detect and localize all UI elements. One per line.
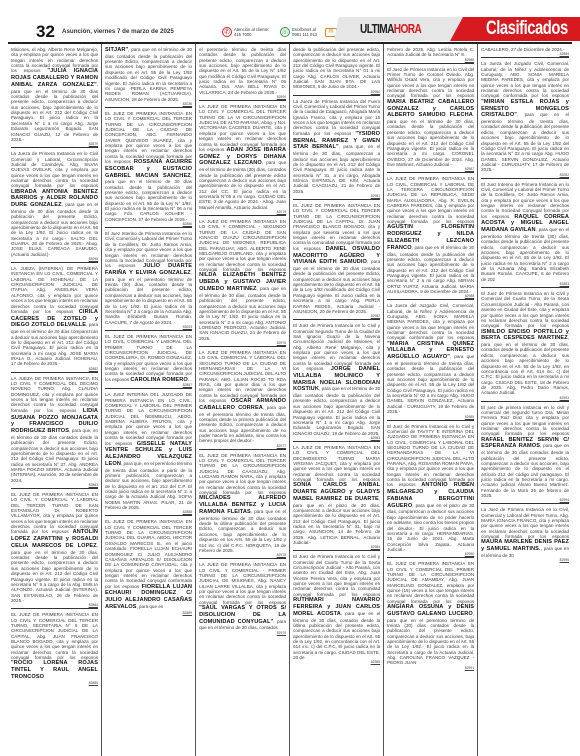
legal-notice: LA JUEZ INTERINA DEL JUZGADO DE PRIMERA … <box>105 389 192 516</box>
notice-code: 82890 <box>199 95 286 99</box>
brand-banner: ULTIMAHORA Clasificados <box>320 17 580 41</box>
notice-body-continued: , para que en el término de treinta (30)… <box>199 160 286 209</box>
notice-body-continued: , para que en el término de 30 días cont… <box>11 82 98 142</box>
legal-notice: CABALLERO, 27 de Diciembre de 2024.-8288… <box>481 44 569 58</box>
spouses-names: CAROLINA ROMERO <box>130 377 188 383</box>
notice-text: CABALLERO, 27 de Diciembre de 2024.- <box>481 47 569 52</box>
notice-body: El juez de primera instancia en lo civil… <box>481 405 569 437</box>
notice-text: EL JUEZ DE PRIMERA INSTANCIA EN LO CIVIL… <box>105 334 192 384</box>
notice-text: LA JUEZ DE PRIMERA INSTANCIA EN LO CIVIL… <box>199 219 286 341</box>
legal-notice: EL JUEZ DE PRIMERA INSTANCIA EN LO CIVIL… <box>199 450 286 560</box>
notice-code: 82982 <box>293 314 380 318</box>
column-1: Misiones, el Abg. Alberto Rene Melgarejo… <box>8 44 102 756</box>
legal-notice: LA JUEZ DE PRIMERA INSTANCIA EN LO CIVIL… <box>293 442 380 552</box>
notice-body-continued: , para que en el perentorio término de t… <box>481 112 569 172</box>
notice-code: 82981 <box>293 194 380 198</box>
legal-notice: El Juez de Primera Instancia en lo Civil… <box>293 320 380 442</box>
notice-code: 82991 <box>387 666 474 670</box>
notice-body: El Juez de Primera Instancia en lo Civil… <box>293 554 380 596</box>
notice-body: La Jueza de Primera Instancia en lo Civi… <box>11 151 98 188</box>
notice-body: La Jueza del Juzgado Civil, Comercial, L… <box>387 303 474 340</box>
notice-code: 82879 <box>11 142 98 146</box>
notice-body: EL JUEZ DE PRIMERA INSTANCIA EN LO CIVIL… <box>387 561 474 603</box>
column-3: el perentorio término de treinta días co… <box>196 44 290 756</box>
notice-code: 82884 <box>11 603 98 607</box>
notice-body: El Juez de Primera Instancia en lo Civil… <box>481 291 569 328</box>
customer-service-contact[interactable]: ✆ Atención al cliente:415 7000 <box>222 23 269 41</box>
notice-text: LA JUEZA DE PRIMERA INSTANCIA EN LO CIVI… <box>11 376 98 483</box>
notice-body-continued: , para que en el término de 30 días cont… <box>105 173 192 222</box>
notice-code: 82990 <box>387 552 474 556</box>
legal-notice: El Juez de Primera Instancia en lo Civil… <box>293 551 380 665</box>
notice-code: 82986 <box>387 58 474 62</box>
spouses-names: ISMILDO ENCISO PORTILLO y BERTA CESPEDES… <box>481 329 569 342</box>
notice-body-continued: , para que en el término de 30 días cont… <box>293 259 380 314</box>
notice-code: 82976 <box>199 341 286 345</box>
notice-text: desde la publicación del presente edicto… <box>293 47 380 90</box>
notice-code: 83082 <box>481 173 569 177</box>
notice-code: 82883 <box>11 483 98 487</box>
notice-code: 82993 <box>481 396 569 400</box>
page-number: 32 <box>36 22 55 42</box>
notice-text: El Juez de Primera Instancia en lo Civil… <box>387 424 474 553</box>
newspaper-logo: ULTIMAHORA <box>360 21 421 36</box>
publication-date: Asunción, viernes 7 de marzo de 2025 <box>62 28 174 35</box>
notice-body: La Juez de Primera Instancia en lo Civil… <box>481 507 569 539</box>
phone-icon: ✆ <box>222 27 232 37</box>
notice-body: EL JUEZ DE PRIMERA INSTANCIA EN LO CIVIL… <box>105 111 192 164</box>
notice-code: 82995 <box>481 558 569 562</box>
notice-text: LA JUEZ DE PRIMERA INSTANCIA EN LO CIVIL… <box>199 350 286 444</box>
notice-code: 82983 <box>293 436 380 440</box>
notice-body: EL JUEZ DE PRIMERA INSTANCIA EN LO CIVIL… <box>199 453 286 495</box>
legal-notice: El Juez de Primera Instancia en lo Civil… <box>387 421 474 559</box>
notice-text: EL JUEZ DE PRIMERA INSTANCIA EN LO CIVIL… <box>105 519 192 610</box>
notice-code: 82975 <box>199 210 286 214</box>
notice-text: LA JUEZ DE PRIMERA INSTANCIA EN LO CIVIL… <box>199 104 286 210</box>
notice-code: 82884 <box>481 52 569 56</box>
legal-notice: La Jueza del Juzgado Civil, Comercial, L… <box>481 58 569 178</box>
notice-text: EL JUEZ DE PRIMERA INSTANCIA EN LO CIVIL… <box>293 203 380 314</box>
notice-body-continued: , para que en el término de 30 días, con… <box>11 543 98 603</box>
notice-body-continued: , para que en el término de 30 días comp… <box>11 322 98 366</box>
legal-notice: LA JUEZ DE PRIMERA INSTANCIA EN LO CIVIL… <box>199 559 286 635</box>
notice-body: El Juez de Primera Instancia en lo Civil… <box>387 424 474 488</box>
notice-body-continued: , para que, en el término de 30 días, co… <box>293 144 380 193</box>
legal-notice: La Jueza de Primera Instancia del Fuero … <box>293 96 380 200</box>
whatsapp-contact[interactable]: ☏ Escribinos al0981 111 013 <box>280 23 317 41</box>
legal-notice: LA JUEZ DE PRIMERA INSTANCIA EN LO CIVIL… <box>199 347 286 450</box>
notice-body: LA JUEZ DE PRIMERA INSTANCIA EN LO CIVIL… <box>199 104 286 152</box>
notice-code: 82885 <box>11 681 98 685</box>
notice-code: 82994 <box>481 498 569 502</box>
notice-text: EL JUEZ DE PRIMERA INSTANCIA EN LO CIVIL… <box>199 453 286 554</box>
notice-code: 82989 <box>387 415 474 419</box>
notice-text: LA JUEZ DE PRIMERA INSTANCIA EN LO CIVIL… <box>387 176 474 294</box>
notice-body: el perentorio término de treinta días co… <box>199 47 286 95</box>
legal-notice: EL JUEZ DE PRIMERA INSTANCIA EN LO CIVIL… <box>293 200 380 320</box>
spouses-names: ANGIARA OSSUNA y DENIS GUSTAVO GALEANO L… <box>387 604 474 617</box>
notice-body: EL JUEZ DE PRIMERA INSTANCIA EN LO CIVIL… <box>11 492 98 534</box>
notice-body-continued: , para que en el término de 30 días, con… <box>293 611 380 660</box>
notice-body: EL JUEZ DE PRIMERA INSTANCIA EN LO CIVIL… <box>105 519 192 588</box>
notice-text: El Juez Interino de Primera Instancia en… <box>105 231 192 325</box>
column-6: CABALLERO, 27 de Diciembre de 2024.-8288… <box>478 44 572 756</box>
notice-code: 82883 <box>481 282 569 286</box>
notice-body-continued: , para que en el perentorio término de t… <box>481 227 569 282</box>
spouses-names: SITJAR" <box>105 47 128 53</box>
notice-code: 82988 <box>387 294 474 298</box>
notice-body: LA JUEZ INTERINA DEL JUZGADO DE PRIMERA … <box>105 392 192 445</box>
legal-notice: Febrero de 2025. Abg. Leticia Rotela C. … <box>387 44 474 64</box>
notice-code: 82980 <box>293 90 380 94</box>
legal-notice: LA JUEZA DE PRIMERA INSTANCIA EN LO CIVI… <box>11 373 98 489</box>
notice-body-continued: , para que, en el término de 30 días con… <box>11 428 98 483</box>
notice-code: 82886 <box>105 222 192 226</box>
section-banner: Clasificados <box>450 17 580 41</box>
legal-notice: La Juez de Primera Instancia en lo Civil… <box>481 504 569 563</box>
notice-code: 82889 <box>105 611 192 615</box>
notice-body-continued: , para que en el término de 30 días cont… <box>293 386 380 435</box>
notice-body-continued: , para que en el perentorio término de 3… <box>199 509 286 553</box>
legal-notice: EL JUEZ DE PRIMERA INSTANCIA EN LO CIVIL… <box>387 558 474 670</box>
notice-code: 82882 <box>11 367 98 371</box>
notice-text: La Jueza del Juzgado Civil, Comercial, L… <box>481 61 569 172</box>
notice-body-continued: , para que en el plazo de 30 días, compa… <box>387 503 474 552</box>
notice-text: EL JUEZ DE PRIMERA INSTANCIA EN LO CIVIL… <box>11 612 98 680</box>
notice-body: EL JUEZ DE PRIMERA INSTANCIA EN LO CIVIL… <box>105 334 192 382</box>
notice-text: EL JUEZ DE PRIMERA INSTANCIA EN LO CIVIL… <box>105 111 192 222</box>
legal-notice: LA JUEZ DE PRIMERA INSTANCIA EN LO CIVIL… <box>387 173 474 300</box>
legal-notice: EL JUEZ DE PRIMERA INSTANCIA EN LO CIVIL… <box>11 489 98 609</box>
notice-text: Febrero de 2025. Abg. Leticia Rotela C. … <box>387 47 474 58</box>
notice-text: Misiones, el Abg. Alberto Rene Melgarejo… <box>11 47 98 142</box>
notice-text: El Juez Interino de Primera Instancia en… <box>481 182 569 283</box>
notice-body: desde la publicación del presente edicto… <box>293 47 380 89</box>
notice-body-continued: ... <box>188 377 192 382</box>
notice-body: LA JUEZ DE PRIMERA INSTANCIA EN LO CIVIL… <box>387 176 474 224</box>
notice-body: LA JUEZ DE PRIMERA INSTANCIA EN LO CIVIL… <box>199 219 286 272</box>
classifieds-columns: Misiones, el Abg. Alberto Rene Melgarejo… <box>8 44 572 756</box>
notice-text: el perentorio término de treinta días co… <box>199 47 286 95</box>
notice-body: El Juez de Primera Instancia en lo Civil… <box>293 323 380 371</box>
notice-code: 82887 <box>105 383 192 387</box>
notice-code: 83095 <box>11 257 98 261</box>
legal-notice: El Juez de Primera Instancia en lo Civil… <box>387 64 474 174</box>
notice-body-continued: , para que en el término de 30 días cont… <box>105 47 192 102</box>
legal-notice: El Juez de Primera Instancia en lo Civil… <box>481 288 569 401</box>
notice-body-continued: , para que en el término de 30 días cont… <box>11 202 98 257</box>
notice-body: LA JUEZ DE PRIMERA INSTANCIA EN LO CIVIL… <box>293 445 380 482</box>
notice-text: LA JUEZ INTERINA DEL JUZGADO DE PRIMERA … <box>105 392 192 510</box>
notice-text: El Juez de Primera Instancia en lo Civil… <box>293 323 380 436</box>
notice-text: El juez de primera instancia en lo civil… <box>481 405 569 499</box>
notice-code: 83036 <box>105 102 192 106</box>
spouses-names: MARIA BEATRIZ CABALLERO GONZALEZ y CARLO… <box>387 99 474 119</box>
notice-code: 83003 <box>105 325 192 329</box>
legal-notice: EL JUEZ DE PRIMERA INSTANCIA EN LO CIVIL… <box>11 609 98 685</box>
notice-text: La Jueza de Primera Instancia en lo Civi… <box>11 151 98 257</box>
notice-body: EL JUEZ DE PRIMERA INSTANCIA EN LO CIVIL… <box>11 612 98 660</box>
notice-body: Febrero de 2025. Abg. Leticia Rotela C. … <box>387 47 474 57</box>
legal-notice: La Jueza de Primera Instancia en lo Civi… <box>11 148 98 263</box>
notice-body-continued: , para que en el perentorio término de t… <box>387 354 474 414</box>
notice-body: La Jueza del Juzgado Civil, Comercial, L… <box>481 61 569 98</box>
legal-notice: desde la publicación del presente edicto… <box>293 44 380 96</box>
section-title: Clasificados <box>486 18 568 40</box>
notice-body: LA JUEZA (INTERINA) DE PRIMERA INSTANCIA… <box>11 266 98 314</box>
notice-text: El Juez de Primera Instancia en lo Civil… <box>481 291 569 395</box>
notice-code: 82977 <box>199 444 286 448</box>
notice-text: LA JUEZ DE PRIMERA INSTANCIA EN LO CIVIL… <box>199 562 286 630</box>
notice-text: LA JUEZA (INTERINA) DE PRIMERA INSTANCIA… <box>11 266 98 367</box>
notice-text: La Juez de Primera Instancia en lo Civil… <box>481 507 569 558</box>
legal-notice: LA JUEZ DE PRIMERA INSTANCIA EN LO CIVIL… <box>199 101 286 216</box>
legal-notice: LA JUEZ DE PRIMERA INSTANCIA EN LO CIVIL… <box>199 216 286 347</box>
page-header: 32 Asunción, viernes 7 de marzo de 2025 … <box>0 0 580 40</box>
notice-text: EL JUEZ DE PRIMERA INSTANCIA EN LO CIVIL… <box>387 561 474 665</box>
notice-body-continued: , para que en el plazo de 30 días, compa… <box>293 496 380 545</box>
notice-body-continued: , para que en el perentorio término de t… <box>387 611 474 666</box>
whatsapp-icon: ☏ <box>280 27 290 37</box>
legal-notice: LA JUEZA (INTERINA) DE PRIMERA INSTANCIA… <box>11 263 98 373</box>
notice-text: El Juez de Primera Instancia en lo Civil… <box>387 67 474 168</box>
notice-code: 82987 <box>387 167 474 171</box>
legal-notice: el perentorio término de treinta días co… <box>199 44 286 101</box>
notice-body-continued: , para que en el término de 30 días, con… <box>481 335 569 395</box>
notice-body-continued: , para que, en el perentorio término de … <box>105 461 192 510</box>
notice-body: EL JUEZ DE PRIMERA INSTANCIA EN LO CIVIL… <box>293 203 380 251</box>
notice-code: 82984 <box>293 545 380 549</box>
notice-body: LA JUEZ DE PRIMERA INSTANCIA EN LO CIVIL… <box>199 562 286 604</box>
notice-text: La Jueza de Primera Instancia del Fuero … <box>293 99 380 194</box>
notice-text: LA JUEZ DE PRIMERA INSTANCIA EN LO CIVIL… <box>293 445 380 546</box>
legal-notice: SITJAR", para que en el término de 30 dí… <box>105 44 192 108</box>
contact-value: 0981 111 013 <box>292 32 317 37</box>
legal-notice: EL JUEZ DE PRIMERA INSTANCIA EN LO CIVIL… <box>105 331 192 390</box>
notice-body: El Juez de Primera Instancia en lo Civil… <box>387 67 474 99</box>
notice-text: La Jueza del Juzgado Civil, Comercial, L… <box>387 303 474 414</box>
legal-notice: Misiones, el Abg. Alberto Rene Melgarejo… <box>11 44 98 148</box>
notice-code: 82985 <box>293 660 380 664</box>
legal-notice: El juez de primera instancia en lo civil… <box>481 402 569 505</box>
legal-notice: EL JUEZ DE PRIMERA INSTANCIA EN LO CIVIL… <box>105 516 192 615</box>
notice-body: LA JUEZ DE PRIMERA INSTANCIA EN LO CIVIL… <box>199 350 286 403</box>
spouses-names: "ROCIO LORENA ROJAS TINTEL Y RAUL ANGEL … <box>11 660 98 680</box>
legal-notice: EL JUEZ DE PRIMERA INSTANCIA EN LO CIVIL… <box>105 108 192 228</box>
column-2: SITJAR", para que en el término de 30 dí… <box>102 44 196 756</box>
notice-body-continued: , para que en el término de 30 días, con… <box>199 286 286 341</box>
spouses-names: SONIA CARLOS ANIBAL DUARTE AGÜERO y GLAD… <box>293 482 380 502</box>
notice-text: SITJAR", para que en el término de 30 dí… <box>105 47 192 102</box>
notice-body-continued: , para que en el término de 30 días, con… <box>387 112 474 167</box>
legal-notice: El Juez Interino de Primera Instancia en… <box>481 179 569 289</box>
column-4: desde la publicación del presente edicto… <box>290 44 384 756</box>
notice-body: CABALLERO, 27 de Diciembre de 2024.- <box>481 47 564 52</box>
notice-body-continued: , para que en el término de 30 días, con… <box>387 245 474 294</box>
notice-body-continued: , para que en el perentorio término de t… <box>105 270 192 325</box>
notice-code: 82979 <box>199 631 286 635</box>
column-5: Febrero de 2025. Abg. Leticia Rotela C. … <box>384 44 478 756</box>
legal-notice: La Jueza del Juzgado Civil, Comercial, L… <box>387 300 474 420</box>
notice-body-continued: , para que en el término de 30 días cont… <box>481 443 569 498</box>
notice-text: El Juez de Primera Instancia en lo Civil… <box>293 554 380 660</box>
legal-notice: El Juez Interino de Primera Instancia en… <box>105 228 192 331</box>
notice-body-continued: , para que en <box>137 604 164 609</box>
notice-code: 82978 <box>199 553 286 557</box>
contact-value: 415 7000 <box>234 32 251 37</box>
notice-text: EL JUEZ DE PRIMERA INSTANCIA EN LO CIVIL… <box>11 492 98 603</box>
notice-code: 82888 <box>105 510 192 514</box>
